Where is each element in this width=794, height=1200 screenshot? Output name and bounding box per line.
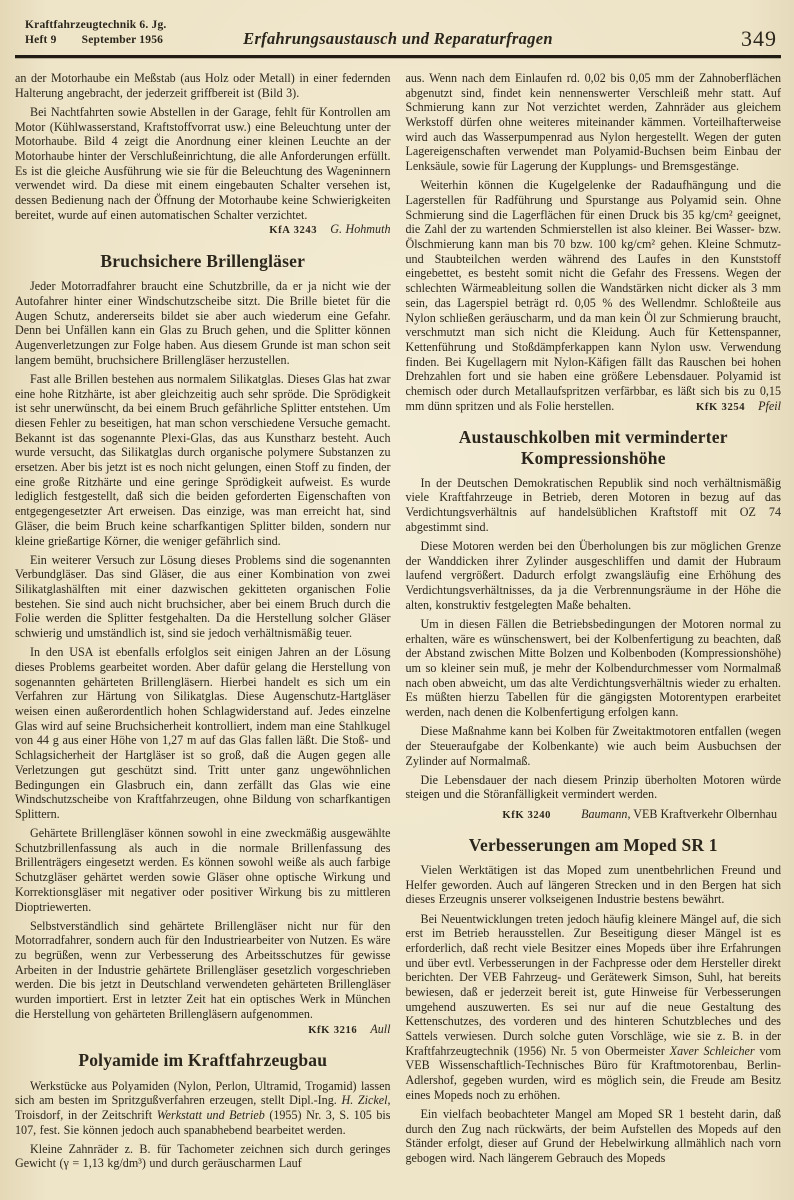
paragraph-text: Die Lebensdauer der nach diesem Prinzip …	[406, 773, 782, 802]
signature-line: KfK 3240Baumann, VEB Kraftverkehr Olbern…	[406, 807, 778, 822]
article-ref: KfK 3254	[696, 402, 745, 413]
paragraph: Gehärtete Brillengläser können sowohl in…	[15, 826, 391, 914]
paragraph-text: Fast alle Brillen bestehen aus normalem …	[15, 372, 391, 548]
journal-issue: Heft 9 September 1956	[25, 33, 166, 48]
paragraph-text: Jeder Motorradfahrer braucht eine Schutz…	[15, 279, 391, 366]
article-author: G. Hohmuth	[330, 222, 390, 236]
paragraph: Ein vielfach beobachteter Mangel am Mope…	[406, 1107, 782, 1166]
article-author: Aull	[370, 1022, 390, 1036]
article-heading: Bruchsichere Brillengläser	[23, 251, 383, 271]
paragraph: Bei Neuentwicklungen treten jedoch häufi…	[406, 912, 782, 1103]
article-heading: Austauschkolben mit verminderter Kompres…	[414, 427, 774, 467]
paragraph: Um in diesen Fällen die Betriebsbedingun…	[406, 617, 782, 720]
article-author: Pfeil	[758, 399, 781, 413]
journal-date: September 1956	[82, 33, 163, 48]
paragraph-text: Bei Neuentwicklungen treten jedoch häufi…	[406, 912, 782, 1102]
paragraph-text: In den USA ist ebenfalls erfolglos seit …	[15, 645, 391, 821]
signature: KfA 3243G. Hohmuth	[244, 222, 390, 238]
two-column-layout: an der Motorhaube ein Meßstab (aus Holz …	[15, 71, 781, 1176]
paragraph: aus. Wenn nach dem Einlaufen rd. 0,02 bi…	[406, 71, 782, 174]
paragraph-text: an der Motorhaube ein Meßstab (aus Holz …	[15, 71, 391, 100]
paragraph-text: Weiterhin können die Kugelgelenke der Ra…	[406, 178, 782, 412]
paragraph-text: Selbstverständlich sind gehärtete Brille…	[15, 919, 391, 1021]
section-title: Erfahrungsaustausch und Reparaturfragen	[243, 29, 553, 49]
header-rule	[15, 55, 781, 58]
paragraph: Jeder Motorradfahrer braucht eine Schutz…	[15, 279, 391, 367]
signature: KfK 3216Aull	[283, 1022, 390, 1038]
article-heading: Polyamide im Kraftfahrzeugbau	[23, 1050, 383, 1070]
article-ref: KfK 3240	[502, 810, 551, 821]
paragraph-text: Werkstücke aus Polyamiden (Nylon, Perlon…	[15, 1079, 391, 1137]
paragraph: Weiterhin können die Kugelgelenke der Ra…	[406, 178, 782, 414]
page-number: 349	[741, 26, 777, 52]
article-heading: Verbesserungen am Moped SR 1	[414, 835, 774, 855]
paragraph-text: Vielen Werktätigen ist das Moped zum une…	[406, 863, 782, 906]
paragraph-text: In der Deutschen Demokratischen Republik…	[406, 476, 782, 534]
signature: KfK 3254Pfeil	[671, 399, 781, 415]
paragraph-text: Kleine Zahnräder z. B. für Tachometer ze…	[15, 1142, 391, 1171]
left-column: an der Motorhaube ein Meßstab (aus Holz …	[15, 71, 391, 1176]
paragraph-text: Bei Nachtfahrten sowie Abstellen in der …	[15, 105, 391, 222]
paragraph-text: Ein vielfach beobachteter Mangel am Mope…	[406, 1107, 782, 1165]
journal-info: Kraftfahrzeugtechnik 6. Jg. Heft 9 Septe…	[25, 18, 166, 48]
article-ref: KfK 3216	[308, 1025, 357, 1036]
paragraph: Die Lebensdauer der nach diesem Prinzip …	[406, 773, 782, 802]
paragraph-text: aus. Wenn nach dem Einlaufen rd. 0,02 bi…	[406, 71, 782, 173]
paragraph: Kleine Zahnräder z. B. für Tachometer ze…	[15, 1142, 391, 1171]
article-ref: KfA 3243	[269, 225, 317, 236]
paragraph: In den USA ist ebenfalls erfolglos seit …	[15, 645, 391, 821]
paragraph: an der Motorhaube ein Meßstab (aus Holz …	[15, 71, 391, 100]
paragraph-text: Gehärtete Brillengläser können sowohl in…	[15, 826, 391, 913]
article-author: Baumann, VEB Kraftverkehr Olbernhau	[581, 807, 777, 821]
paragraph: Diese Maßnahme kann bei Kolben für Zweit…	[406, 724, 782, 768]
journal-page: Kraftfahrzeugtechnik 6. Jg. Heft 9 Septe…	[0, 0, 794, 1176]
paragraph: Vielen Werktätigen ist das Moped zum une…	[406, 863, 782, 907]
paragraph-text: Diese Maßnahme kann bei Kolben für Zweit…	[406, 724, 782, 767]
paragraph: Diese Motoren werden bei den Überholunge…	[406, 539, 782, 612]
paragraph: Selbstverständlich sind gehärtete Brille…	[15, 919, 391, 1038]
paragraph-text: Ein weiterer Versuch zur Lösung dieses P…	[15, 553, 391, 640]
journal-name: Kraftfahrzeugtechnik 6. Jg.	[25, 18, 166, 33]
paragraph: Fast alle Brillen bestehen aus normalem …	[15, 372, 391, 548]
paragraph: Bei Nachtfahrten sowie Abstellen in der …	[15, 105, 391, 238]
paragraph: Werkstücke aus Polyamiden (Nylon, Perlon…	[15, 1079, 391, 1138]
paragraph-text: Diese Motoren werden bei den Überholunge…	[406, 539, 782, 612]
journal-heft: Heft 9	[25, 33, 57, 48]
paragraph: In der Deutschen Demokratischen Republik…	[406, 476, 782, 535]
paragraph-text: Um in diesen Fällen die Betriebsbedingun…	[406, 617, 782, 719]
page-header: Kraftfahrzeugtechnik 6. Jg. Heft 9 Septe…	[15, 16, 781, 50]
paragraph: Ein weiterer Versuch zur Lösung dieses P…	[15, 553, 391, 641]
right-column: aus. Wenn nach dem Einlaufen rd. 0,02 bi…	[406, 71, 782, 1176]
